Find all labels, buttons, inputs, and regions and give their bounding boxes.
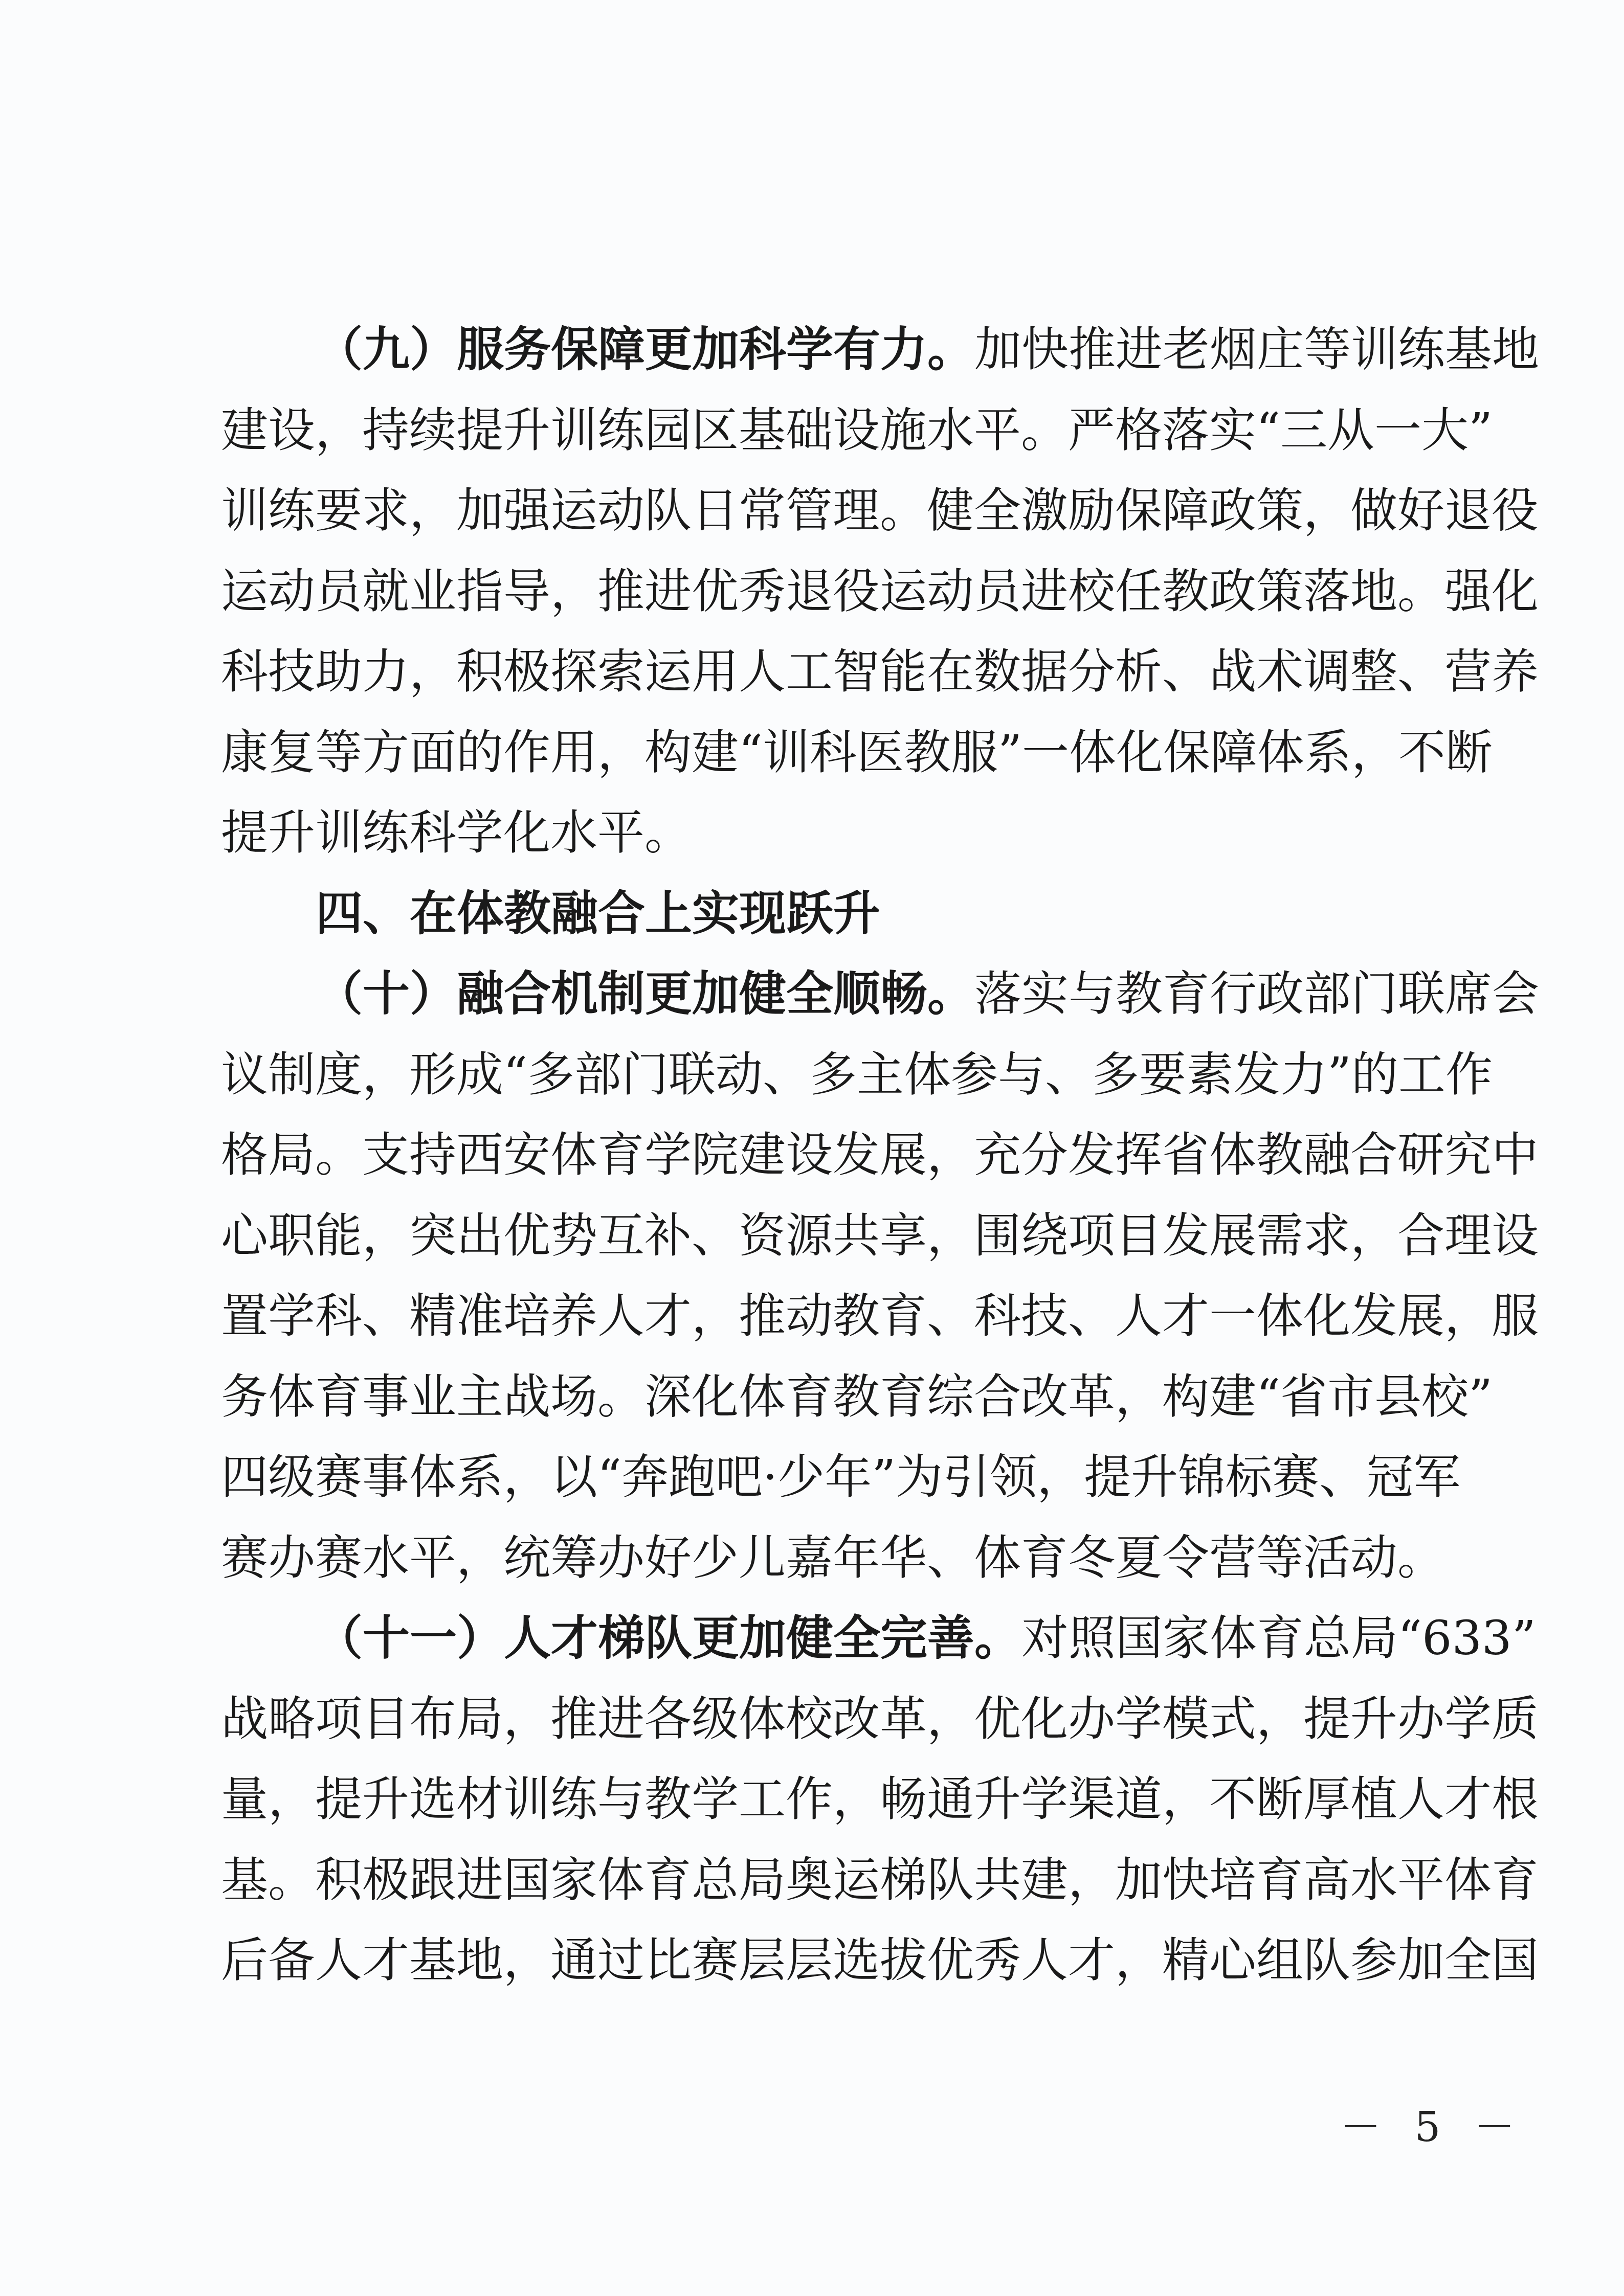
paragraph-line: 基。积极跟进国家体育总局奥运梯队共建，加快培育高水平体育 [221,1840,1438,1921]
section-nine-first-line: （九）服务保障更加科学有力。加快推进老烟庄等训练基地 [221,309,1438,390]
paragraph-line: 训练要求，加强运动队日常管理。健全激励保障政策，做好退役 [221,470,1438,551]
paragraph-line: 战略项目布局，推进各级体校改革，优化办学模式，提升办学质 [221,1679,1438,1760]
paragraph-line: 后备人才基地，通过比赛层层选拔优秀人才，精心组队参加全国 [221,1920,1438,2001]
section-nine-title: （九）服务保障更加科学有力。 [316,322,974,377]
paragraph-line: 建设，持续提升训练园区基础设施水平。严格落实“三从一大” [221,390,1438,471]
section-eleven-text: 对照国家体育总局“633” [1021,1611,1536,1665]
paragraph-line: 心职能，突出优势互补、资源共享，围绕项目发展需求，合理设 [221,1196,1438,1276]
page-number: － 5 － [1340,2094,1525,2153]
chapter-heading: 四、在体教融合上实现跃升 [221,873,1438,954]
paragraph-line: 议制度，形成“多部门联动、多主体参与、多要素发力”的工作 [221,1034,1438,1115]
section-ten-title: （十）融合机制更加健全顺畅。 [316,966,974,1021]
paragraph-line: 赛办赛水平，统筹办好少儿嘉年华、体育冬夏令营等活动。 [221,1518,1438,1599]
paragraph-line: 运动员就业指导，推进优秀退役运动员进校任教政策落地。强化 [221,551,1438,632]
section-ten-first-line: （十）融合机制更加健全顺畅。落实与教育行政部门联席会 [221,954,1438,1034]
paragraph-line: 科技助力，积极探索运用人工智能在数据分析、战术调整、营养 [221,632,1438,712]
section-ten-text: 落实与教育行政部门联席会 [974,966,1539,1021]
section-eleven-first-line: （十一）人才梯队更加健全完善。对照国家体育总局“633” [221,1598,1438,1679]
paragraph-line: 康复等方面的作用，构建“训科医教服”一体化保障体系，不断 [221,712,1438,793]
document-body: （九）服务保障更加科学有力。加快推进老烟庄等训练基地 建设，持续提升训练园区基础… [221,309,1438,2001]
paragraph-line: 务体育事业主战场。深化体育教育综合改革，构建“省市县校” [221,1357,1438,1437]
paragraph-line: 提升训练科学化水平。 [221,793,1438,873]
document-page: （九）服务保障更加科学有力。加快推进老烟庄等训练基地 建设，持续提升训练园区基础… [0,0,1624,2296]
paragraph-line: 格局。支持西安体育学院建设发展，充分发挥省体教融合研究中 [221,1115,1438,1196]
paragraph-line: 四级赛事体系，以“奔跑吧·少年”为引领，提升锦标赛、冠军 [221,1437,1438,1518]
section-nine-text: 加快推进老烟庄等训练基地 [974,322,1539,377]
section-eleven-title: （十一）人才梯队更加健全完善。 [316,1610,1021,1665]
paragraph-line: 量，提升选材训练与教学工作，畅通升学渠道，不断厚植人才根 [221,1759,1438,1840]
paragraph-line: 置学科、精准培养人才，推动教育、科技、人才一体化发展，服 [221,1276,1438,1357]
